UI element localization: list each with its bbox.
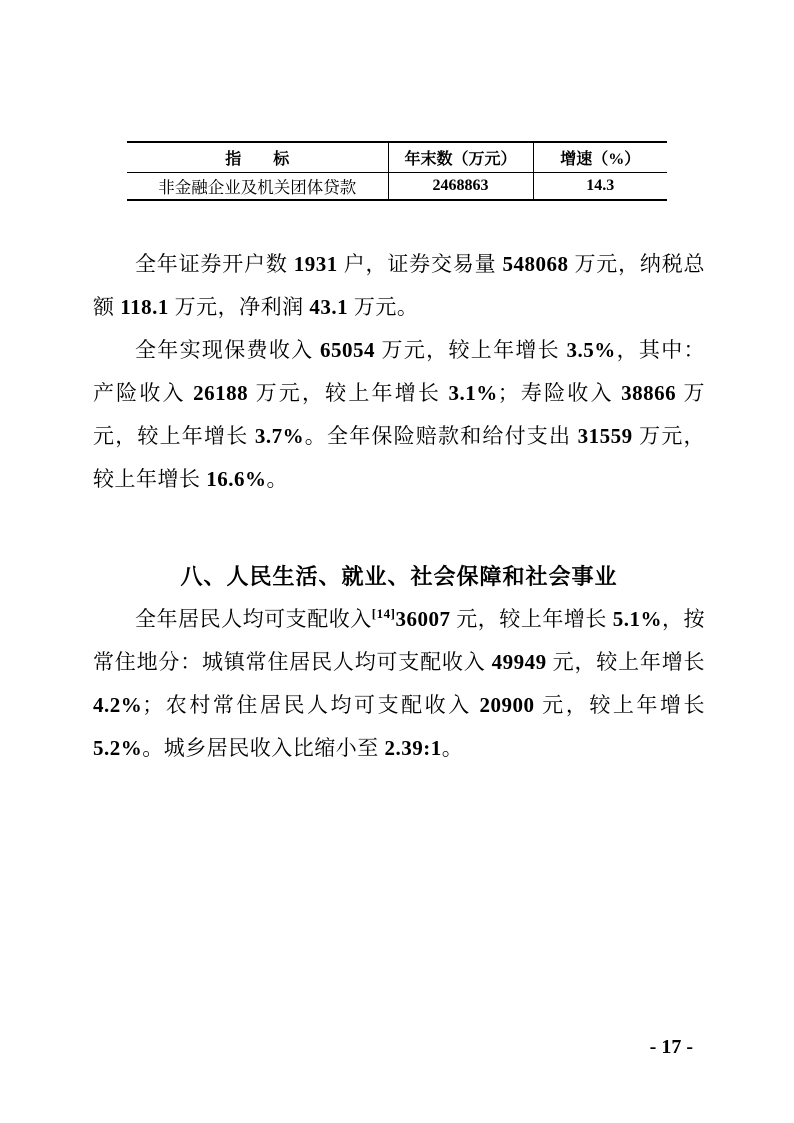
section-heading: 八、人民生活、就业、社会保障和社会事业 xyxy=(93,555,705,598)
paragraph-insurance: 全年实现保费收入 65054 万元，较上年增长 3.5%，其中：产险收入 261… xyxy=(93,329,705,501)
page-number: - 17 - xyxy=(650,1036,693,1059)
table-header-growth: 增速（%） xyxy=(533,142,667,173)
table-cell-growth: 14.3 xyxy=(533,173,667,201)
paragraph-income: 全年居民人均可支配收入[14]36007 元，较上年增长 5.1%，按常住地分：… xyxy=(93,598,705,770)
body-text-block: 全年证券开户数 1931 户，证券交易量 548068 万元，纳税总额 118.… xyxy=(93,243,705,770)
table-cell-indicator: 非金融企业及机关团体贷款 xyxy=(127,173,388,201)
table-cell-year-end: 2468863 xyxy=(388,173,533,201)
document-page: 指 标 年末数（万元） 增速（%） 非金融企业及机关团体贷款 2468863 1… xyxy=(0,0,794,1123)
table-row: 非金融企业及机关团体贷款 2468863 14.3 xyxy=(127,173,667,201)
paragraph-securities: 全年证券开户数 1931 户，证券交易量 548068 万元，纳税总额 118.… xyxy=(93,243,705,329)
table-header-year-end: 年末数（万元） xyxy=(388,142,533,173)
table-header-row: 指 标 年末数（万元） 增速（%） xyxy=(127,142,667,173)
indicator-table: 指 标 年末数（万元） 增速（%） 非金融企业及机关团体贷款 2468863 1… xyxy=(127,141,667,201)
table-header-indicator: 指 标 xyxy=(127,142,388,173)
